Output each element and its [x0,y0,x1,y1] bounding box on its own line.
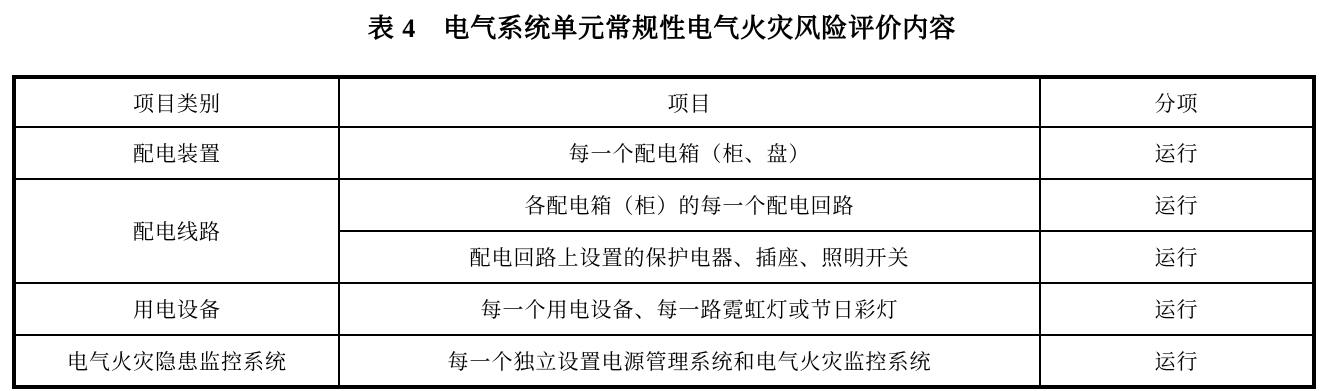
cell-item: 每一个配电箱（柜、盘） [339,127,1040,179]
risk-evaluation-table: 项目类别 项目 分项 配电装置 每一个配电箱（柜、盘） 运行 配电线路 各配电箱… [12,75,1316,389]
table-row: 配电线路 各配电箱（柜）的每一个配电回路 运行 [14,179,1314,231]
document-page: 表 4 电气系统单元常规性电气火灾风险评价内容 项目类别 项目 分项 配电装置 … [0,0,1324,391]
cell-sub: 运行 [1040,127,1314,179]
table-row: 配电装置 每一个配电箱（柜、盘） 运行 [14,127,1314,179]
cell-sub: 运行 [1040,179,1314,231]
table-row: 用电设备 每一个用电设备、每一路霓虹灯或节日彩灯 运行 [14,283,1314,335]
cell-sub: 运行 [1040,283,1314,335]
header-sub: 分项 [1040,77,1314,127]
cell-category: 电气火灾隐患监控系统 [14,335,339,387]
table-header-row: 项目类别 项目 分项 [14,77,1314,127]
header-category: 项目类别 [14,77,339,127]
cell-item: 各配电箱（柜）的每一个配电回路 [339,179,1040,231]
cell-category: 配电装置 [14,127,339,179]
table-row: 电气火灾隐患监控系统 每一个独立设置电源管理系统和电气火灾监控系统 运行 [14,335,1314,387]
cell-sub: 运行 [1040,335,1314,387]
cell-item: 配电回路上设置的保护电器、插座、照明开关 [339,231,1040,283]
cell-sub: 运行 [1040,231,1314,283]
cell-category: 配电线路 [14,179,339,283]
table-title: 表 4 电气系统单元常规性电气火灾风险评价内容 [0,8,1324,45]
cell-item: 每一个独立设置电源管理系统和电气火灾监控系统 [339,335,1040,387]
cell-item: 每一个用电设备、每一路霓虹灯或节日彩灯 [339,283,1040,335]
cell-category: 用电设备 [14,283,339,335]
header-item: 项目 [339,77,1040,127]
